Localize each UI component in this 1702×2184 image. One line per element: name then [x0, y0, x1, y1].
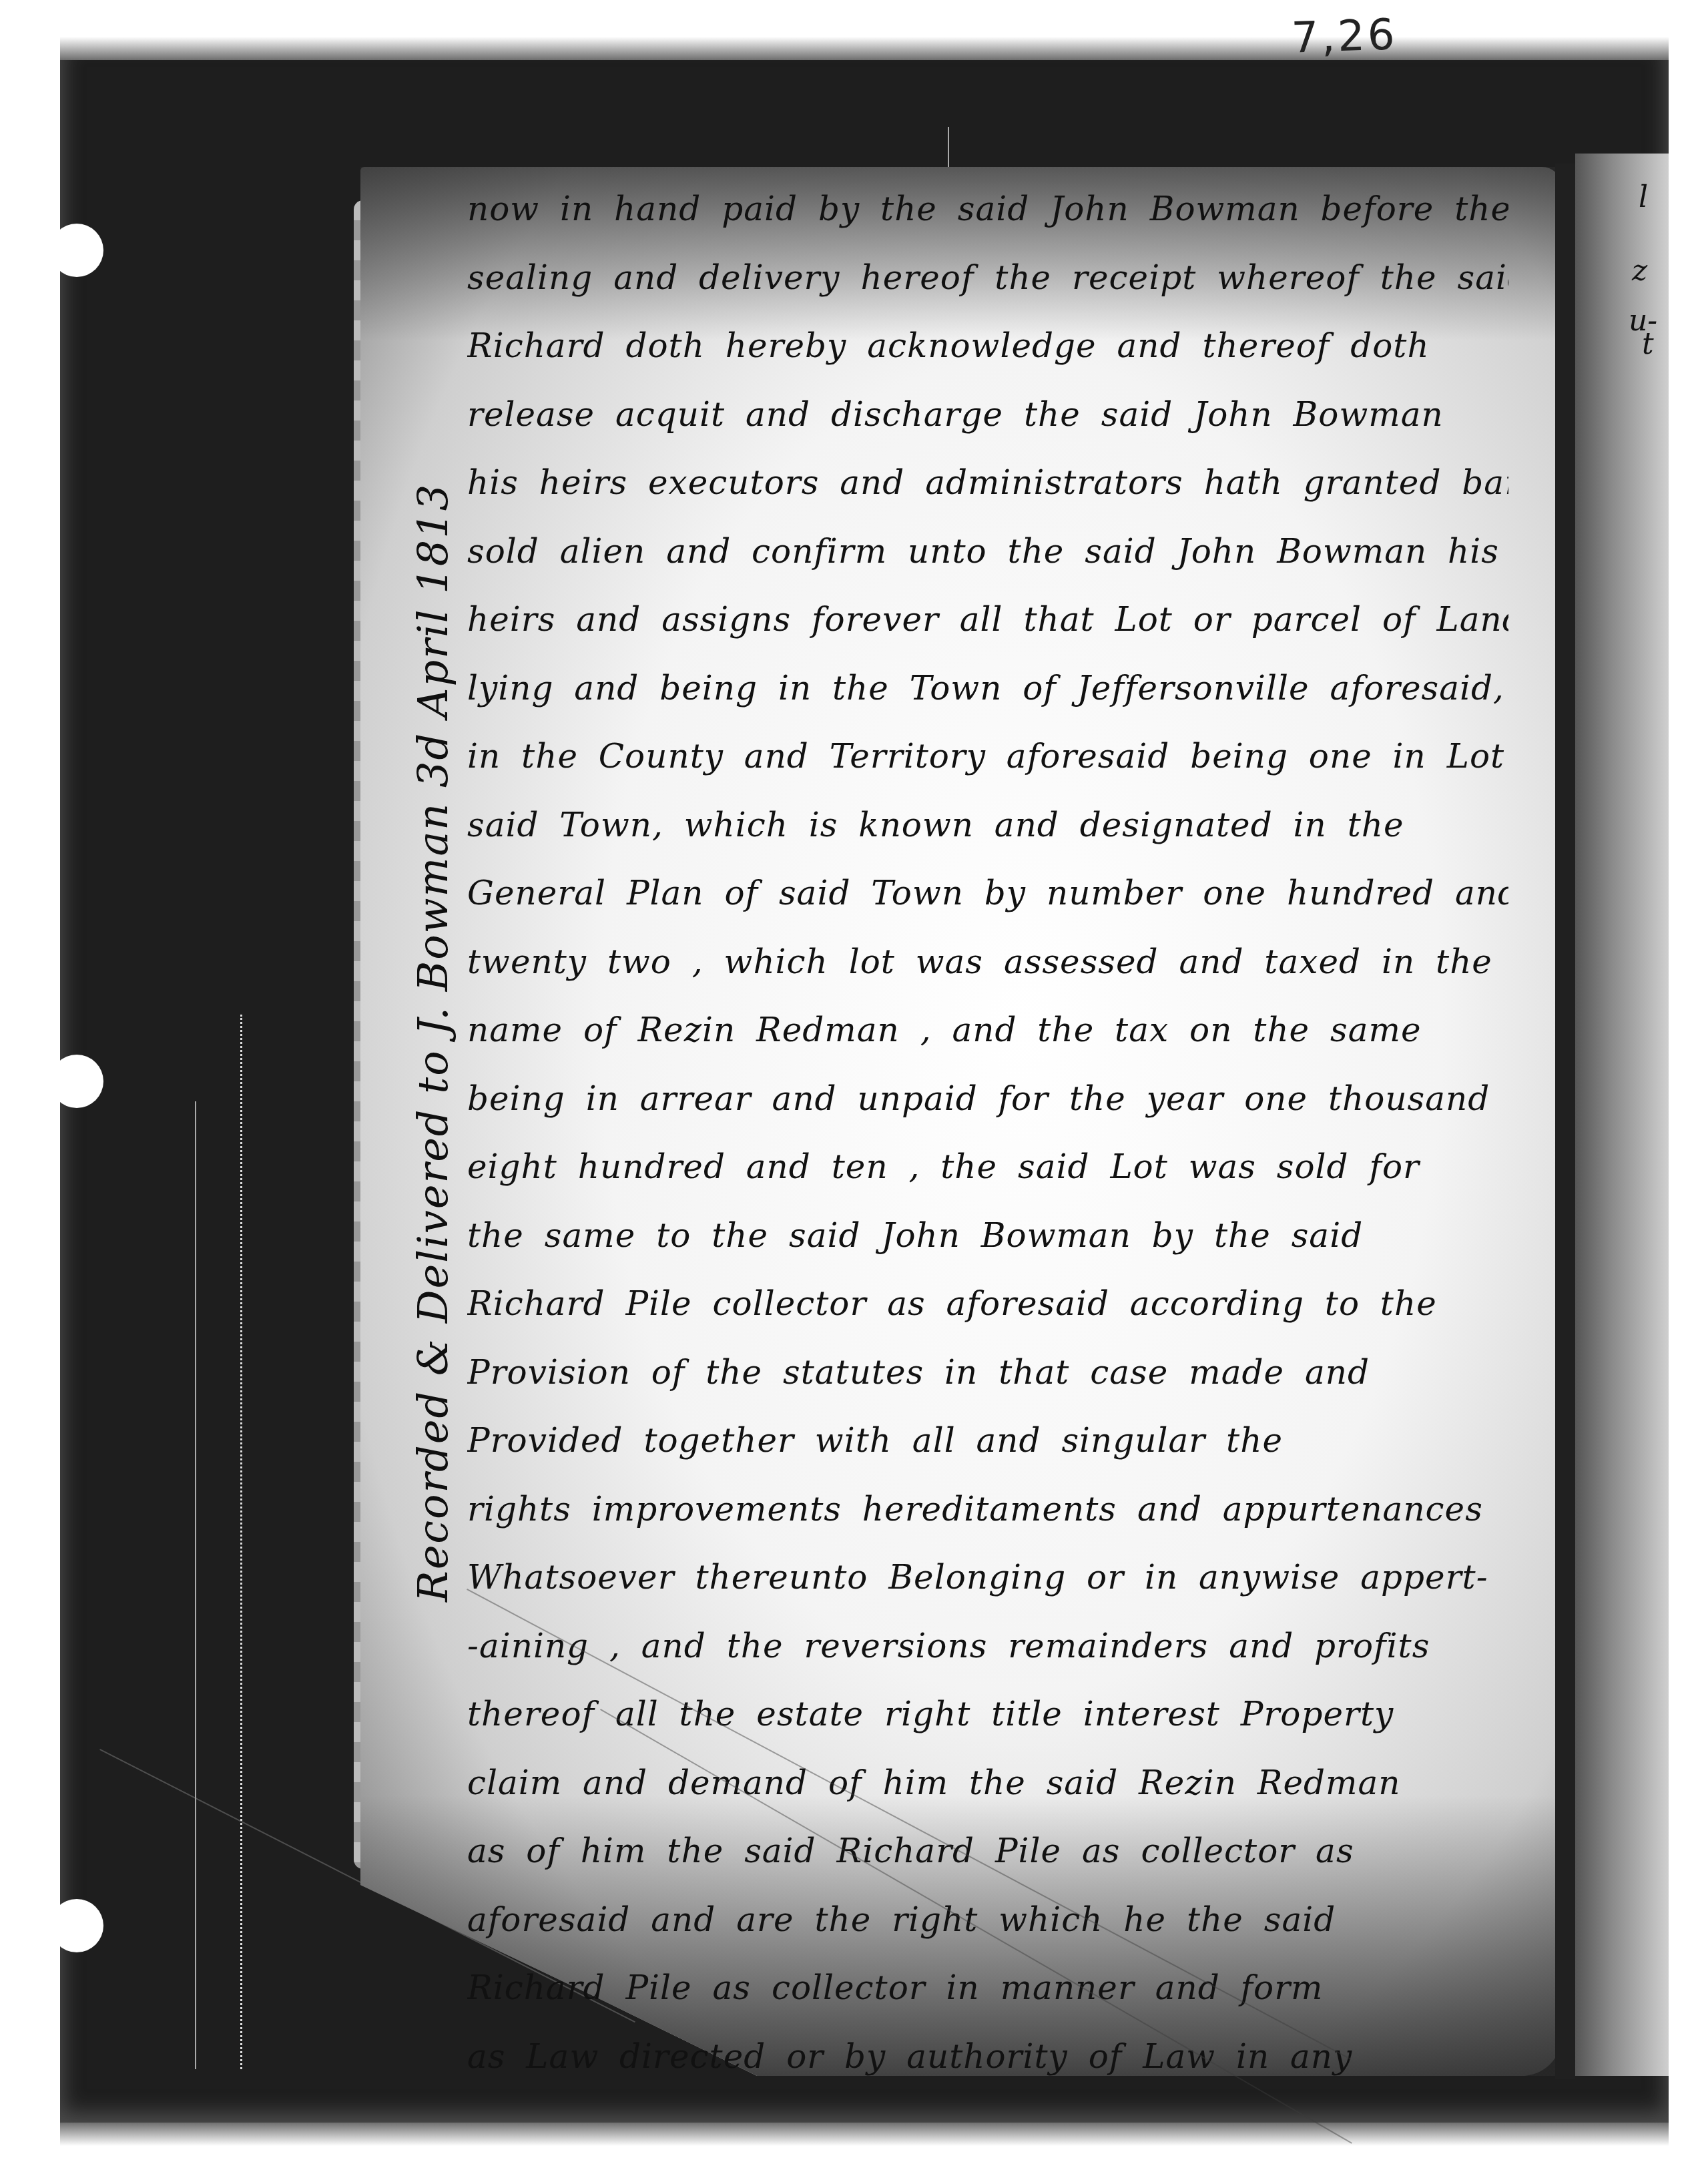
deed-line: in the County and Territory aforesaid be…	[467, 722, 1508, 791]
page-number: 7,26	[1291, 10, 1398, 63]
deed-line: aforesaid and are the right which he the…	[467, 1886, 1508, 1954]
binder-punch-hole-middle	[50, 1055, 103, 1108]
deed-line: as of him the said Richard Pile as colle…	[467, 1817, 1508, 1886]
deed-line: Richard Pile collector as aforesaid acco…	[467, 1270, 1508, 1338]
deed-line: name of Rezin Redman , and the tax on th…	[467, 996, 1508, 1065]
deed-line: rights improvements hereditaments and ap…	[467, 1475, 1508, 1544]
deed-line: release acquit and discharge the said Jo…	[467, 380, 1508, 449]
deed-line: General Plan of said Town by number one …	[467, 859, 1508, 928]
deed-line: eight hundred and ten , the said Lot was…	[467, 1133, 1508, 1201]
scratch-line	[195, 1101, 196, 2069]
marginal-recording-note: Recorded & Delivered to J. Bowman 3d Apr…	[408, 483, 457, 1602]
deed-line: -aining , and the reversions remainders …	[467, 1612, 1508, 1681]
adjacent-page-fragment: z	[1632, 254, 1647, 288]
deed-line: sealing and delivery hereof the receipt …	[467, 244, 1508, 312]
deed-line: lying and being in the Town of Jefferson…	[467, 654, 1508, 723]
binder-punch-hole-bottom	[50, 1899, 103, 1952]
deed-line: his heirs executors and administrators h…	[467, 449, 1508, 517]
deed-text-body: now in hand paid by the said John Bowman…	[467, 175, 1508, 2091]
deed-line: heirs and assigns forever all that Lot o…	[467, 585, 1508, 654]
deed-line: Richard Pile as collector in manner and …	[467, 1954, 1508, 2022]
deed-line: the same to the said John Bowman by the …	[467, 1201, 1508, 1270]
deed-line: being in arrear and unpaid for the year …	[467, 1065, 1508, 1133]
deed-line: thereof all the estate right title inter…	[467, 1680, 1508, 1749]
binder-punch-hole-top	[50, 224, 103, 277]
deed-line: Provided together with all and singular …	[467, 1406, 1508, 1475]
deed-line: Richard doth hereby acknowledge and ther…	[467, 312, 1508, 380]
deed-line: now in hand paid by the said John Bowman…	[467, 175, 1508, 244]
deed-line: Provision of the statutes in that case m…	[467, 1338, 1508, 1407]
deed-line: twenty two , which lot was assessed and …	[467, 928, 1508, 997]
deed-line: sold alien and confirm unto the said Joh…	[467, 517, 1508, 586]
adjacent-page-fragment: t	[1642, 327, 1654, 361]
binding-gutter	[1555, 164, 1575, 2079]
deed-line: said Town, which is known and designated…	[467, 791, 1508, 860]
deed-line: Whatsoever thereunto Belonging or in any…	[467, 1543, 1508, 1612]
dotted-scratch-line	[240, 1015, 244, 2069]
adjacent-page-fragment: l	[1639, 180, 1648, 214]
deed-line: as Law directed or by authority of Law i…	[467, 2022, 1508, 2091]
adjacent-page-strip: l z u- t	[1575, 154, 1669, 2076]
deed-line: claim and demand of him the said Rezin R…	[467, 1749, 1508, 1818]
